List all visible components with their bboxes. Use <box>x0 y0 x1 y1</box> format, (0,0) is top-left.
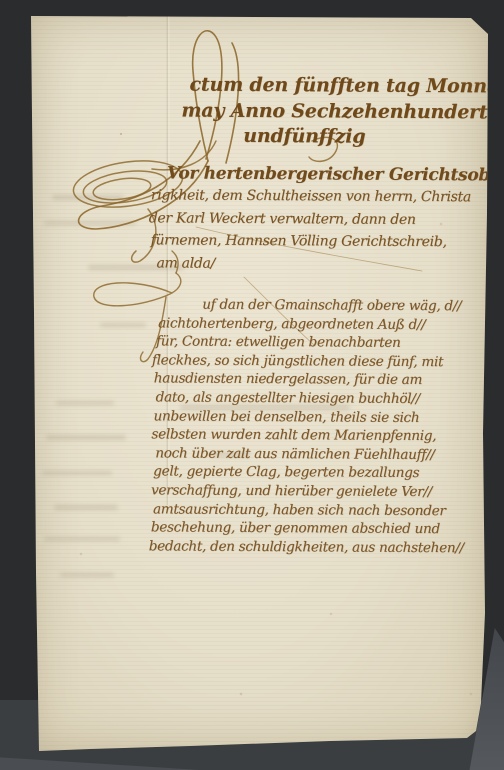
text-line: noch über zalt aus nämlichen Füehlhauff/… <box>155 444 504 465</box>
text-line: gelt, gepierte Clag, begerten bezallungs <box>153 463 504 484</box>
text-line: dato, als angestellter hiesigen buchhöl/… <box>156 388 504 409</box>
heading-line: undfünffzig <box>243 124 501 151</box>
text-line: hausdiensten niedergelassen, für die am <box>154 370 504 391</box>
photo-background: ctum den fünfften tag Monnats may Anno S… <box>0 0 504 770</box>
paragraph-court-authorities: Vor hertenbergerischer Gerichtsob// rigk… <box>146 162 504 276</box>
text-line: beschehung, über genommen abschied und <box>151 518 504 539</box>
text-line: selbsten wurden zahlt dem Marienpfennig, <box>151 426 504 447</box>
text-line: amtsausrichtung, haben sich nach besonde… <box>153 500 504 521</box>
text-line: fürnemen, Hannsen Völling Gerichtschreib… <box>151 230 504 255</box>
heading-line: ctum den fünfften tag Monnats <box>189 73 501 100</box>
heading-line: may Anno Sechzehenhundertsechs <box>181 98 501 125</box>
text-line: uf dan der Gmainschafft obere wäg, d// <box>202 296 504 316</box>
text-line: bedacht, den schuldigkheiten, aus nachst… <box>149 537 504 558</box>
text-line: rigkheit, dem Schultheissen von herrn, C… <box>151 185 504 210</box>
text-line: der Karl Weckert verwaltern, dann den <box>149 207 504 232</box>
text-line: aichtohertenberg, abgeordneten Auß d// <box>158 314 504 335</box>
manuscript-text: ctum den fünfften tag Monnats may Anno S… <box>25 12 488 754</box>
text-line: am alda/ <box>156 252 504 277</box>
text-line: Vor hertenbergerischer Gerichtsob// <box>167 162 504 186</box>
text-line: fleckhes, so sich jüngstlichen diese fün… <box>152 351 504 372</box>
heading-dateline: ctum den fünfften tag Monnats may Anno S… <box>181 73 501 151</box>
text-line: unbewillen bei denselben, theils sie sic… <box>153 407 504 428</box>
paragraph-main-record: uf dan der Gmainschafft obere wäg, d// a… <box>145 295 504 558</box>
text-line: verschaffung, und hierüber genielete Ver… <box>151 481 504 502</box>
text-line: für, Contra: etwelligen benachbarten <box>156 333 504 354</box>
manuscript-page: ctum den fünfften tag Monnats may Anno S… <box>30 13 488 752</box>
